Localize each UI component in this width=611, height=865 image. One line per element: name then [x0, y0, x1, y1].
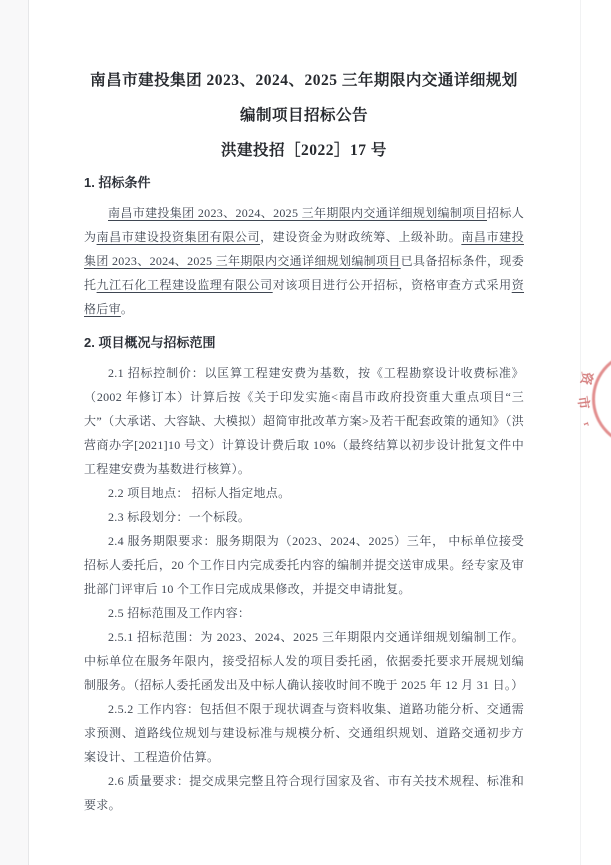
para-2-3: 2.3 标段划分：一个标段。 [84, 505, 524, 529]
scan-line-right [580, 0, 581, 865]
stamp-character: 市 [574, 395, 595, 411]
para-2-4: 2.4 服务期限要求：服务期限为（2023、2024、2025）三年， 中标单位… [84, 529, 524, 601]
section-1-paragraph: 南昌市建投集团 2023、2024、2025 三年期限内交通详细规划编制项目招标… [84, 201, 524, 321]
para-2-5: 2.5 招标范围及工作内容： [84, 601, 524, 625]
para-2-5-1: 2.5.1 招标范围：为 2023、2024、2025 三年期限内交通详细规划编… [84, 625, 524, 697]
doc-number: 洪建投招［2022］17 号 [84, 140, 524, 161]
para-2-1: 2.1 招标控制价：以匡算工程建安费为基数，按《工程勘察设计收费标准》（2002… [84, 361, 524, 481]
tender-announcement-page: 南昌市建投集团 2023、2024、2025 三年期限内交通详细规划 编制项目招… [0, 0, 611, 865]
section-2-heading: 2. 项目概况与招标范围 [84, 333, 524, 353]
para-2-6: 2.6 质量要求：提交成果完整且符合现行国家及省、市有关技术规程、标准和要求。 [84, 769, 524, 817]
para-2-5-2: 2.5.2 工作内容：包括但不限于现状调查与资料收集、道路功能分析、交通需求预测… [84, 697, 524, 769]
para-2-2: 2.2 项目地点： 招标人指定地点。 [84, 481, 524, 505]
scan-edge-left [0, 0, 29, 865]
section-1-heading: 1. 招标条件 [84, 173, 524, 193]
red-stamp-circle-icon [592, 351, 611, 447]
doc-title-line-2: 编制项目招标公告 [84, 105, 524, 126]
stamp-character: r [582, 420, 593, 427]
doc-title-line-1: 南昌市建投集团 2023、2024、2025 三年期限内交通详细规划 [84, 70, 524, 91]
